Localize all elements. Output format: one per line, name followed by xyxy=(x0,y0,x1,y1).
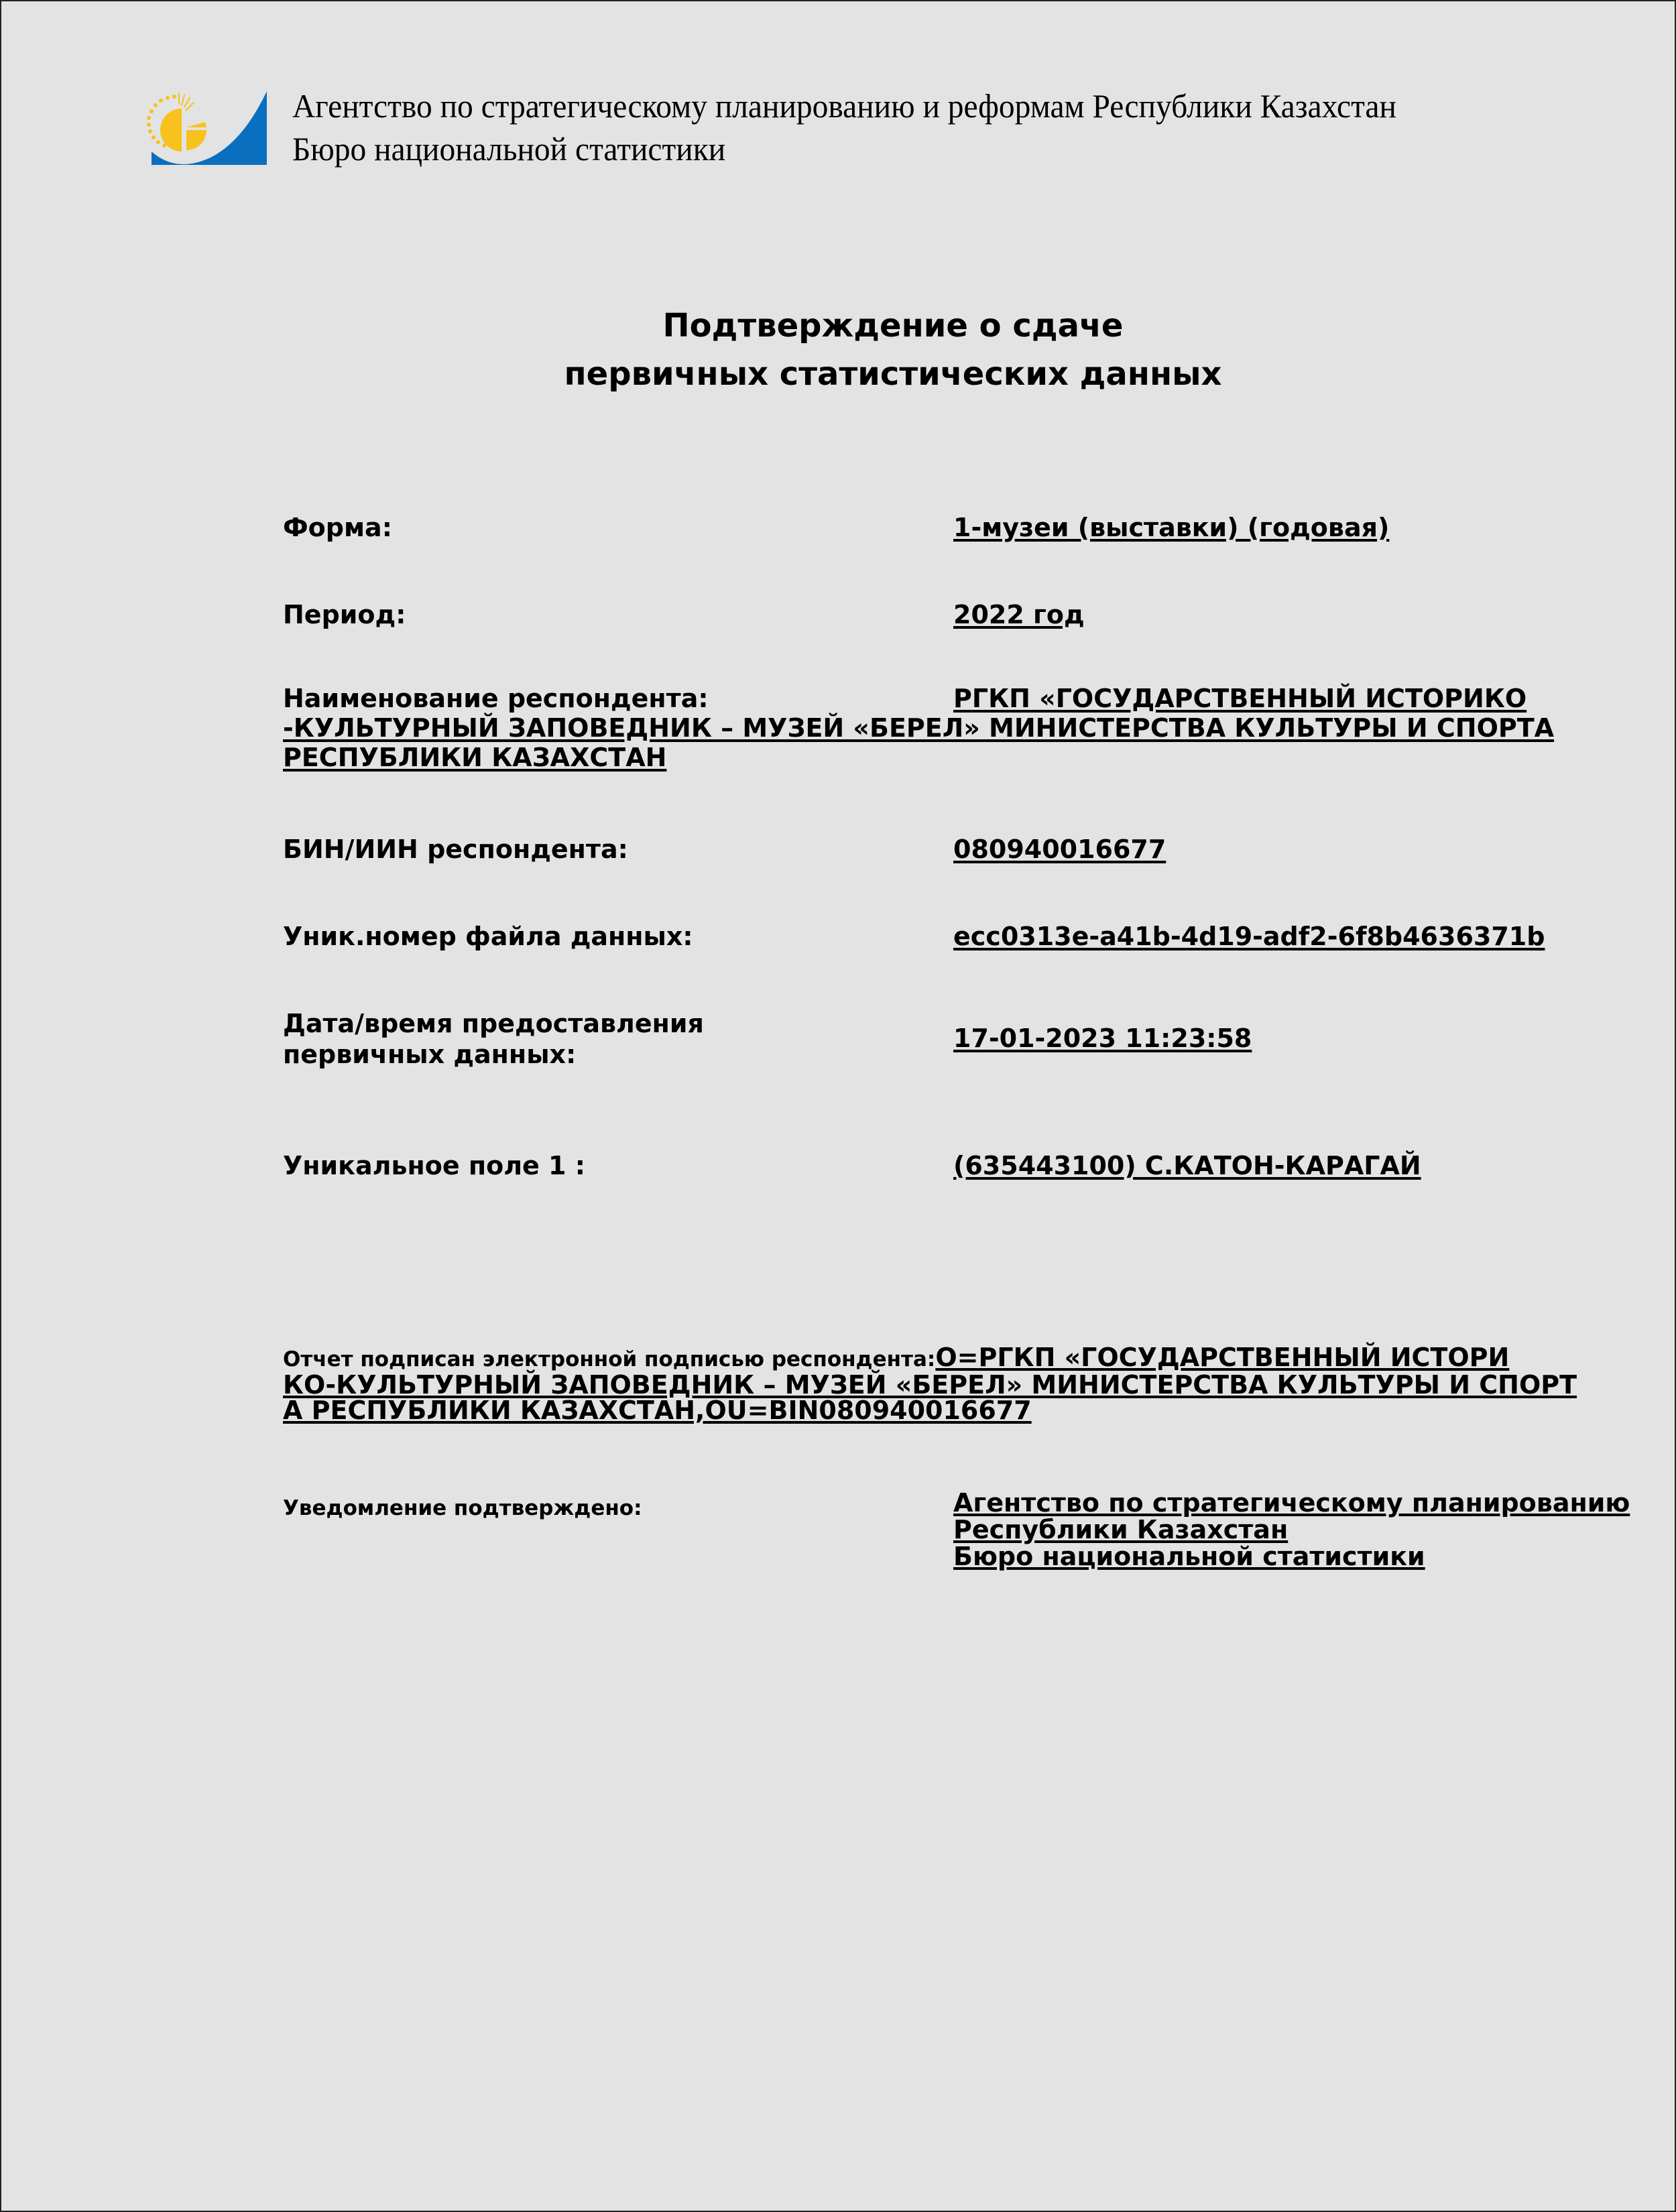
unique-field-1-label: Уникальное поле 1 : xyxy=(283,1150,585,1181)
respondent-name-value-line-2: -КУЛЬТУРНЫЙ ЗАПОВЕДНИК – МУЗЕЙ «БЕРЕЛ» М… xyxy=(283,713,1554,743)
document-page: Агентство по стратегическому планировани… xyxy=(0,0,1676,2212)
confirmation-value-line-3: Бюро национальной статистики xyxy=(953,1543,1630,1570)
bureau-name: Бюро национальной статистики xyxy=(292,127,1396,170)
confirmation-label: Уведомление подтверждено: xyxy=(283,1495,642,1522)
file-id-value: ecc0313e-a41b-4d19-adf2-6f8b4636371b xyxy=(953,921,1545,952)
statistics-bureau-logo-icon xyxy=(135,84,272,172)
agency-name: Агентство по стратегическому планировани… xyxy=(292,84,1396,127)
document-title: Подтверждение о сдаче первичных статисти… xyxy=(1,302,1676,398)
submitted-at-value: 17-01-2023 11:23:58 xyxy=(953,1023,1252,1054)
title-line-1: Подтверждение о сдаче xyxy=(1,302,1676,350)
submitted-at-label: Дата/время предоставления первичных данн… xyxy=(283,1008,704,1070)
respondent-name-value-line-3: РЕСПУБЛИКИ КАЗАХСТАН xyxy=(283,743,666,772)
signature-block: Отчет подписан электронной подписью респ… xyxy=(283,1345,1651,1423)
signature-label: Отчет подписан электронной подписью респ… xyxy=(283,1347,935,1371)
signature-value-line-1: O=РГКП «ГОСУДАРСТВЕННЫЙ ИСТОРИ xyxy=(935,1343,1509,1372)
agency-header: Агентство по стратегическому планировани… xyxy=(292,84,1396,170)
form-label: Форма: xyxy=(283,512,392,543)
title-line-2: первичных статистических данных xyxy=(1,350,1676,398)
period-label: Период: xyxy=(283,599,406,630)
confirmation-value: Агентство по стратегическому планировани… xyxy=(953,1489,1630,1570)
submitted-at-label-line-2: первичных данных: xyxy=(283,1039,704,1070)
period-value: 2022 год xyxy=(953,599,1085,630)
signature-value-line-3: А РЕСПУБЛИКИ КАЗАХСТАН,OU=BIN08094001667… xyxy=(283,1396,1032,1425)
unique-field-1-value: (635443100) С.КАТОН-КАРАГАЙ xyxy=(953,1150,1421,1181)
respondent-name-value-line-1: РГКП «ГОСУДАРСТВЕННЫЙ ИСТОРИКО xyxy=(953,684,1527,713)
respondent-name-label: Наименование респондента: xyxy=(283,684,953,713)
confirmation-value-line-1: Агентство по стратегическому планировани… xyxy=(953,1489,1630,1516)
confirmation-value-line-2: Республики Казахстан xyxy=(953,1516,1630,1543)
respondent-name-block: Наименование респондента:РГКП «ГОСУДАРСТ… xyxy=(283,684,1630,772)
bin-value: 080940016677 xyxy=(953,834,1166,865)
submitted-at-label-line-1: Дата/время предоставления xyxy=(283,1008,704,1039)
file-id-label: Уник.номер файла данных: xyxy=(283,921,693,952)
form-value: 1-музеи (выставки) (годовая) xyxy=(953,512,1389,543)
bin-label: БИН/ИИН респондента: xyxy=(283,834,628,865)
